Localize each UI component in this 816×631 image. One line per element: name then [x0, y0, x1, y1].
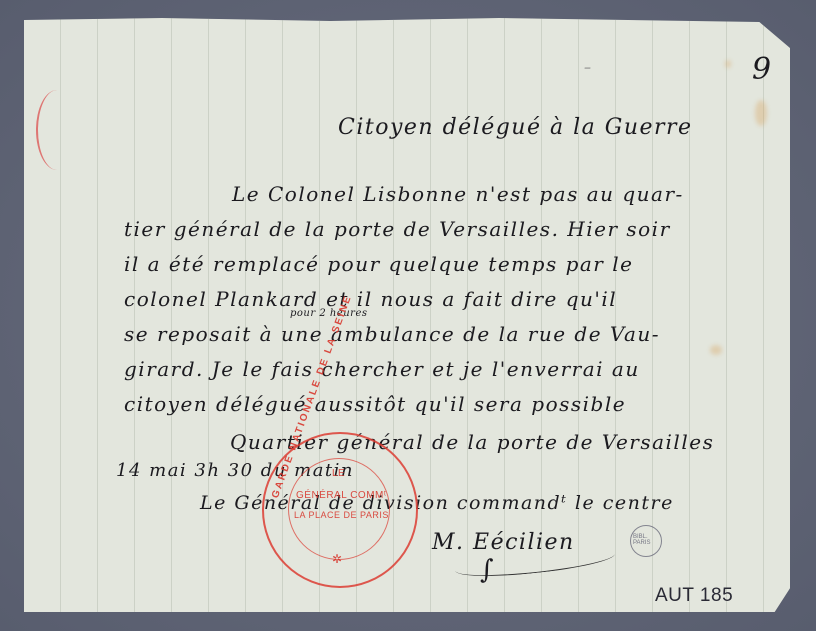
body-line-4: colonel Plankard et il nous a fait dire …: [124, 287, 617, 311]
foxing-stain: [755, 100, 767, 126]
stamp-center-line-2: GÉNÉRAL COMMᵗ: [296, 490, 387, 501]
body-line-3: il a été remplacé pour quelque temps par…: [124, 252, 633, 276]
body-line-1: Le Colonel Lisbonne n'est pas au quar-: [232, 182, 684, 206]
interlinear-insertion: pour 2 heures: [290, 308, 368, 319]
pencil-dash: –: [584, 60, 593, 76]
foxing-stain: [725, 60, 731, 68]
foxing-stain: [710, 345, 722, 355]
body-line-5: se reposait à une ambulance de la rue de…: [124, 322, 660, 346]
stamp-center-line-1: LE: [332, 468, 345, 479]
stamp-center-line-3: LA PLACE DE PARIS: [294, 510, 389, 520]
library-ownership-stamp: BIBL. PARIS: [630, 525, 662, 557]
call-number: AUT 185: [655, 585, 733, 607]
body-line-2: tier général de la porte de Versailles. …: [124, 217, 671, 241]
signature-paraph: ∫: [480, 555, 495, 585]
library-stamp-text: BIBL. PARIS: [633, 534, 661, 546]
partial-red-stamp-mark: [36, 90, 78, 170]
folio-number: 9: [752, 52, 773, 87]
body-line-7: citoyen délégué aussitôt qu'il sera poss…: [124, 392, 626, 416]
stamp-star-icon: ✲: [332, 552, 343, 566]
letter-heading: Citoyen délégué à la Guerre: [338, 115, 693, 140]
body-line-6: girard. Je le fais chercher et je l'enve…: [124, 357, 640, 381]
garde-nationale-red-stamp: GARDE NATIONALE DE LA SEINE LE GÉNÉRAL C…: [262, 432, 418, 588]
